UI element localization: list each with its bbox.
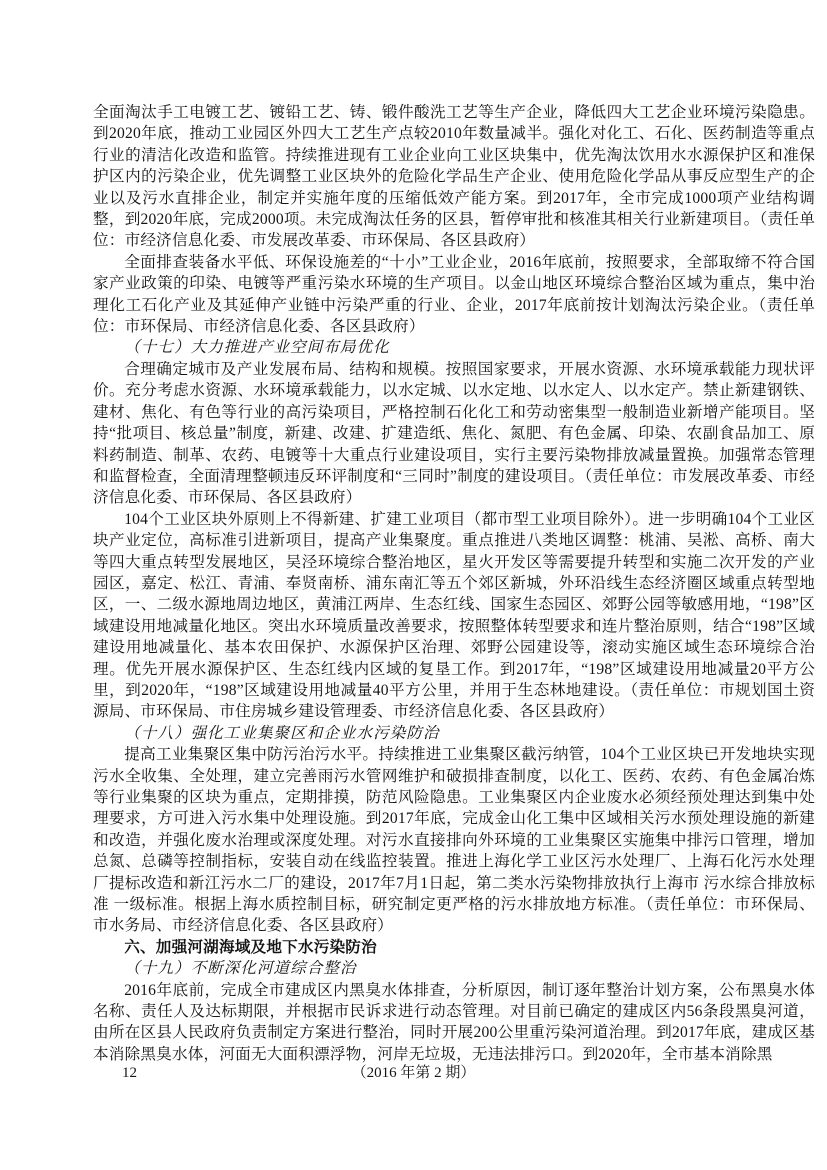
body-paragraph: 提高工业集聚区集中防污治污水平。持续推进工业集聚区截污纳管，104个工业区块已开… — [93, 744, 815, 937]
chapter-heading: 六、加强河湖海域及地下水污染防治 — [93, 937, 815, 958]
section-heading: （十八）强化工业集聚区和企业水污染防治 — [93, 723, 815, 744]
document-page: 全面淘汰手工电镀工艺、镀铅工艺、铸、锻件酸洗工艺等生产企业，降低四大工艺企业环境… — [0, 0, 827, 1170]
issue-label: （2016 年第 2 期） — [0, 1062, 827, 1084]
body-paragraph: 合理确定城市及产业发展布局、结构和规模。按照国家要求，开展水资源、水环境承载能力… — [93, 359, 815, 509]
body-paragraph: 全面淘汰手工电镀工艺、镀铅工艺、铸、锻件酸洗工艺等生产企业，降低四大工艺企业环境… — [93, 102, 815, 252]
section-heading: （十九）不断深化河道综合整治 — [93, 958, 815, 979]
document-body: 全面淘汰手工电镀工艺、镀铅工艺、铸、锻件酸洗工艺等生产企业，降低四大工艺企业环境… — [93, 102, 815, 1065]
body-paragraph: 全面排查装备水平低、环保设施差的“十小”工业企业，2016年底前，按照要求，全部… — [93, 252, 815, 338]
body-paragraph: 104个工业区块外原则上不得新建、扩建工业项目（都市型工业项目除外）。进一步明确… — [93, 509, 815, 723]
body-paragraph: 2016年底前，完成全市建成区内黑臭水体排查，分析原因，制订逐年整治计划方案，公… — [93, 980, 815, 1066]
page-footer: 12 （2016 年第 2 期） — [0, 1062, 827, 1084]
section-heading: （十七）大力推进产业空间布局优化 — [93, 337, 815, 358]
